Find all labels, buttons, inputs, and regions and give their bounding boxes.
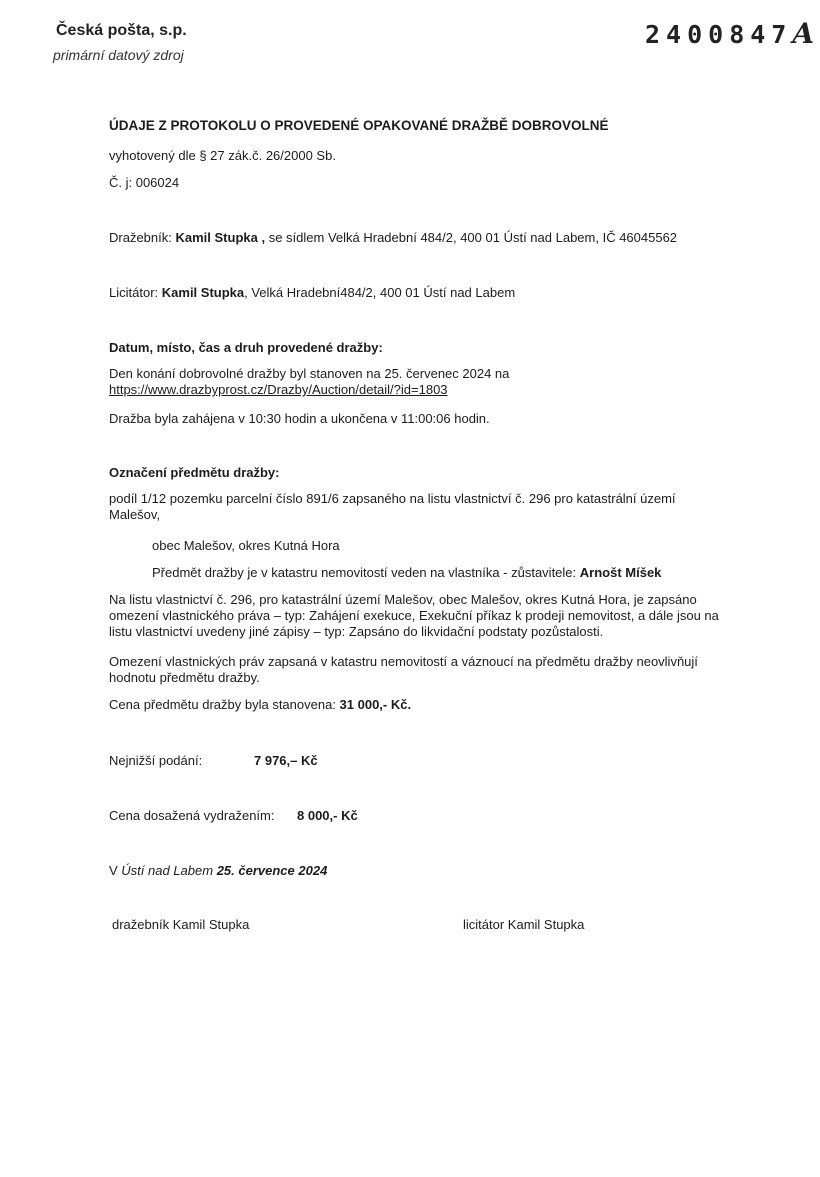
auction-info-heading: Datum, místo, čas a druh provedené dražb… [109,340,383,355]
auction-time-text: Dražba byla zahájena v 10:30 hodin a uko… [109,411,490,426]
document-title: ÚDAJE Z PROTOKOLU O PROVEDENÉ OPAKOVANÉ … [109,118,609,133]
licitator-label: Licitátor: [109,285,158,300]
price-label: Cena předmětu dražby byla stanovena: [109,697,336,712]
organization-name: Česká pošta, s.p. [56,22,187,40]
achieved-price-label: Cena dosažená vydražením: [109,808,274,823]
licitator-line: Licitátor: Kamil Stupka, Velká Hradební4… [109,285,515,300]
subject-heading: Označení předmětu dražby: [109,465,279,480]
subject-description: podíl 1/12 pozemku parcelní číslo 891/6 … [109,491,724,523]
achieved-price-value: 8 000,- Kč [297,808,358,823]
auction-url-link[interactable]: https://www.drazbyprost.cz/Drazby/Auctio… [109,382,448,397]
price-value: 31 000,- Kč. [340,697,412,712]
subject-restrictions-effect: Omezení vlastnických práv zapsaná v kata… [109,654,721,686]
owner-name: Arnošt Míšek [580,565,662,580]
place-date-line: V Ústí nad Labem 25. července 2024 [109,863,327,878]
reference-number: Č. j: 006024 [109,175,179,190]
subject-price-line: Cena předmětu dražby byla stanovena: 31 … [109,697,411,712]
legal-basis: vyhotovený dle § 27 zák.č. 26/2000 Sb. [109,148,336,163]
place-date: 25. července 2024 [217,863,328,878]
auctioneer-details: se sídlem Velká Hradební 484/2, 400 01 Ú… [269,230,677,245]
signature-auctioneer: dražebník Kamil Stupka [112,917,249,932]
place-name: Ústí nad Labem [121,863,213,878]
subject-municipality: obec Malešov, okres Kutná Hora [152,538,340,553]
lowest-bid-value: 7 976,– Kč [254,753,318,768]
auctioneer-name: Kamil Stupka , [176,230,266,245]
subject-owner-line: Předmět dražby je v katastru nemovitostí… [152,565,661,580]
document-number-digits: 2400847 [645,20,792,49]
lowest-bid-label: Nejnižší podání: [109,753,202,768]
document-number-suffix: A [792,17,820,50]
owner-text: Předmět dražby je v katastru nemovitostí… [152,565,576,580]
licitator-details: , Velká Hradební484/2, 400 01 Ústí nad L… [244,285,515,300]
licitator-name: Kamil Stupka [162,285,244,300]
organization-subtitle: primární datový zdroj [53,47,184,63]
auctioneer-label: Dražebník: [109,230,172,245]
auctioneer-line: Dražebník: Kamil Stupka , se sídlem Velk… [109,230,677,245]
subject-restrictions: Na listu vlastnictví č. 296, pro katastr… [109,592,721,640]
signature-licitator: licitátor Kamil Stupka [463,917,584,932]
document-number: 2400847A [645,17,820,50]
place-date-prefix: V [109,863,118,878]
auction-date-text: Den konání dobrovolné dražby byl stanove… [109,366,509,381]
